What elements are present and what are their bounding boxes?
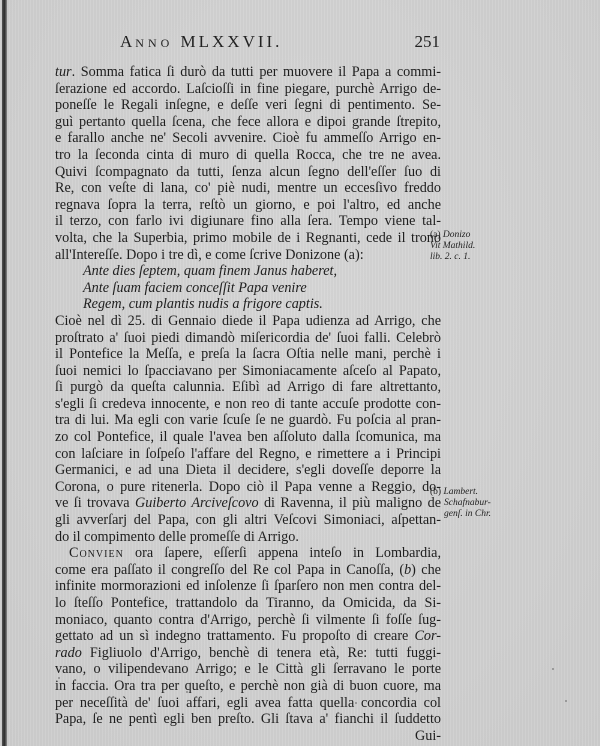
text-line: in faccia. Ora tra per queſto, e perchè … — [55, 678, 441, 695]
text-line: Re, con veſte di lana, co' piè nudi, men… — [55, 180, 441, 197]
text-line: Germanici, e ad una Dieta il decidere, s… — [55, 462, 441, 479]
text-line: regnava ſopra la terra, reſtò un giorno,… — [55, 197, 441, 214]
margin-note-line: (a) Donizo — [430, 230, 530, 241]
text-line: lo ſteſſo Pontefice, trattandolo da Tira… — [55, 595, 441, 612]
text-line: e farallo anche ne' Secoli avvenire. Cio… — [55, 130, 441, 147]
paper-speck — [355, 702, 357, 704]
margin-note-line: genſ. in Chr. — [430, 509, 530, 520]
text-line: Corona, o pure ritenerla. Dopo ciò il Pa… — [55, 479, 441, 496]
text-line: volta, che la Superbia, primo mobile de … — [55, 230, 441, 247]
page-binding-edge — [2, 0, 7, 746]
running-title-year: MLXXVII. — [181, 32, 283, 51]
text-line: vano, o vilipendevano Arrigo; e le Città… — [55, 661, 441, 678]
text-line: per neceſſità de' ſuoi affari, egli avea… — [55, 695, 441, 712]
text-line: tra di lui. Ma egli con varie ſcuſe ſe n… — [55, 412, 441, 429]
margin-note-line: Vit Mathild. — [430, 241, 530, 252]
text-line: ve ſi trovava Guiberto Arciveſcovo di Ra… — [55, 495, 441, 512]
text-line: come era paſſato il congreſſo del Re col… — [55, 562, 441, 579]
paragraph-lead-line: Convien ora ſapere, eſſerſi appena inteſ… — [55, 545, 441, 562]
note-mark: (b) — [430, 487, 441, 497]
margin-note-a: (a) Donizo Vit Mathild. lib. 2. c. 1. — [430, 230, 530, 263]
italic-fragment: Cor- — [414, 628, 441, 644]
paper-speck — [565, 700, 567, 702]
paper-speck — [186, 691, 188, 693]
text-line: ſerazione ed accordo. Laſcioſſi in fine … — [55, 81, 441, 98]
text-line: gli avverſarj del Papa, con gli altri Ve… — [55, 512, 441, 529]
text-line: do il compimento delle promeſſe di Arrig… — [55, 529, 441, 546]
text-line: tro la ſeconda cinta di muro di quella R… — [55, 147, 441, 164]
catchword: Gui- — [55, 728, 441, 745]
text-line: Cioè nel dì 25. di Gennaio diede il Papa… — [55, 313, 441, 330]
margin-note-b: (b) Lambert. Schafnabur- genſ. in Chr. — [430, 487, 530, 520]
text-line: Quivi ſcompagnato da tutti, ſenza alcun … — [55, 164, 441, 181]
text-line: tur. Somma fatica ſi durò da tutti per m… — [55, 64, 441, 81]
text-line: gettato ad un sì indegno trattamento. Fu… — [55, 628, 441, 645]
running-header: ANNO MLXXVII. 251 — [120, 32, 460, 56]
note-text: Lambert. — [443, 487, 478, 497]
text-line: guì pertanto quella ſcena, che fece allo… — [55, 114, 441, 131]
text-line: ſi purgò da queſta calunnia. Eſibì ad Ar… — [55, 379, 441, 396]
verse-line: Ante dies ſeptem, quam finem Janus haber… — [55, 263, 441, 280]
text-line: il Pontefice la Meſſa, e preſa la ſacra … — [55, 346, 441, 363]
italic-fragment: rado — [55, 645, 82, 661]
text-line: con laſciare in ſoſpeſo l'affare del Reg… — [55, 446, 441, 463]
paper-speck — [58, 677, 60, 679]
note-text: Donizo — [443, 230, 470, 240]
margin-note-line: lib. 2. c. 1. — [430, 252, 530, 263]
text-line: zo col Pontefice, il quale l'avea ben aſ… — [55, 429, 441, 446]
text-line: rado Figliuolo d'Arrigo, benchè di tener… — [55, 645, 441, 662]
text-line: s'egli ſi credeva innocente, e non reo d… — [55, 396, 441, 413]
scanned-page: ANNO MLXXVII. 251 tur. Somma fatica ſi d… — [0, 0, 600, 746]
page-number: 251 — [415, 32, 441, 52]
text-line: infinite mormorazioni ed inſolenze ſi ſp… — [55, 578, 441, 595]
italic-fragment: Guiberto Arciveſcovo — [135, 495, 259, 511]
line-text: Figliuolo d'Arrigo, benchè di tenera età… — [82, 645, 441, 661]
text-line: ſuoi nemici lo ſpacciavano per Simoniaca… — [55, 363, 441, 380]
text-line: Papa, ſe ne pentì egli ben preſto. Gli ſ… — [55, 711, 441, 728]
italic-fragment: tur — [55, 64, 72, 80]
text-line: proſtrato a' ſuoi piedi dimandò miſerico… — [55, 330, 441, 347]
line-text: ve ſi trovava — [55, 495, 135, 511]
margin-note-line: Schafnabur- — [430, 498, 530, 509]
paper-speck — [552, 668, 554, 670]
text-line: il terzo, con farlo ivi digiunare fino a… — [55, 213, 441, 230]
line-text: ) che — [411, 562, 441, 578]
text-line: poneſſe le Regali inſegne, e deſſe veri … — [55, 97, 441, 114]
text-line: all'Intereſſe. Dopo i tre dì, e come ſcr… — [55, 247, 441, 264]
line-text: gettato ad un sì indegno trattamento. Fu… — [55, 628, 414, 644]
line-text: ora ſapere, eſſerſi appena inteſo in Lom… — [124, 545, 441, 561]
line-text: di Ravenna, il più maligno de — [259, 495, 441, 511]
margin-note-line: (b) Lambert. — [430, 487, 530, 498]
running-title-initial: A — [120, 32, 135, 51]
line-text: come era paſſato il congreſſo del Re col… — [55, 562, 404, 578]
text-line: moniaco, quanto contra d'Arrigo, perchè … — [55, 612, 441, 629]
verse-line: Ante ſuam faciem conceſſit Papa venire — [55, 280, 441, 297]
note-mark: (a) — [430, 230, 441, 240]
running-title-smallcaps: NNO — [135, 36, 173, 50]
body-text: tur. Somma fatica ſi durò da tutti per m… — [55, 64, 441, 744]
line-text: . Somma fatica ſi durò da tutti per muov… — [72, 64, 441, 80]
running-title: ANNO MLXXVII. — [120, 32, 282, 52]
verse-line: Regem, cum plantis nudis a frigore capti… — [55, 296, 441, 313]
small-caps-lead: Convien — [69, 545, 124, 561]
